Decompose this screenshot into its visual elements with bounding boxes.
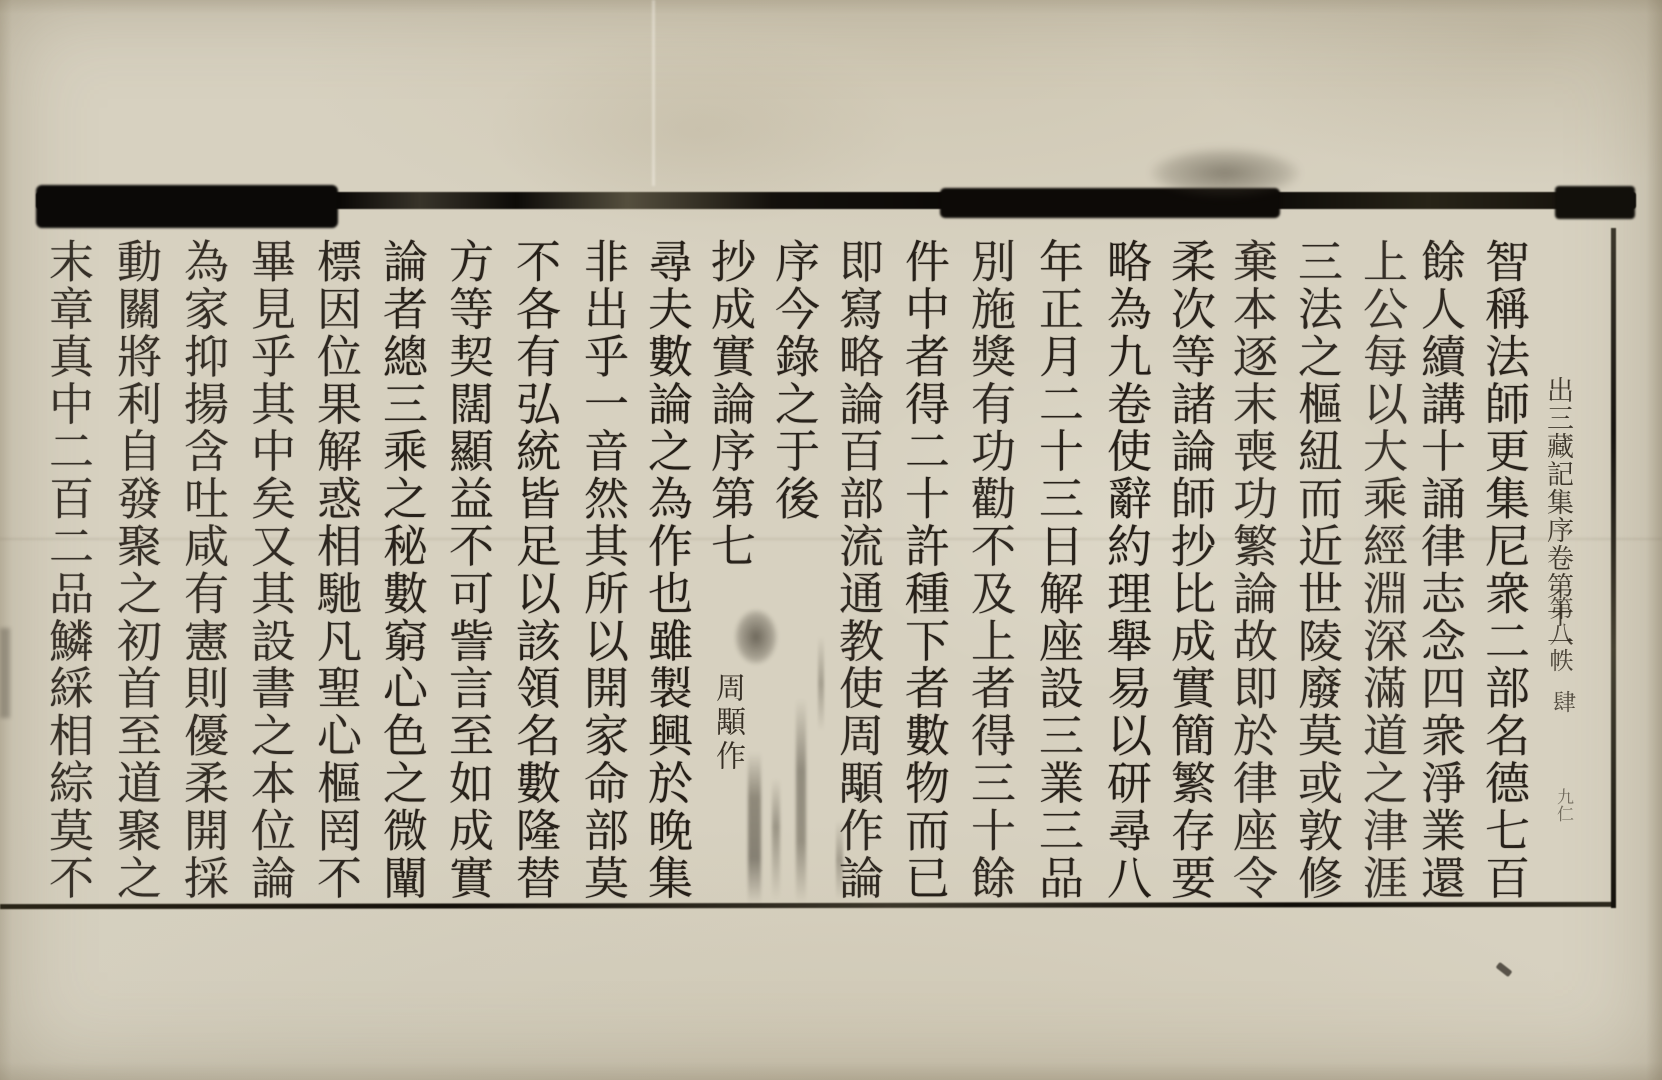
page-edge-mark — [0, 628, 10, 718]
margin-header-fascicle: 第八帙 — [1544, 596, 1574, 674]
manuscript-page: 出三藏記集序卷第十一 第八帙 肆 九仁 智稱法師更集尼衆二部名德七百 餘人續講十… — [0, 0, 1662, 1080]
text-column-16: 不各有弘統皆足以該領名數隆替 — [506, 238, 562, 910]
text-column-9: 別施獎有功勸不及上者得三十餘 — [961, 238, 1017, 910]
text-column-12: 序今錄之于後 — [765, 238, 821, 548]
ink-smudge-streak — [748, 752, 761, 904]
text-column-15: 非出乎一音然其所以開家命部莫 — [574, 238, 630, 910]
text-column-7: 略為九卷使辭約理舉易以研尋八 — [1097, 238, 1153, 910]
text-column-1: 智稱法師更集尼衆二部名德七百 — [1475, 238, 1531, 910]
text-column-5: 棄本逐末喪功繁論故即於律座令 — [1223, 238, 1279, 910]
text-column-4: 三法之樞紐而近世陵廢莫或敦修 — [1288, 238, 1344, 910]
margin-header-sheet-number: 肆 — [1548, 690, 1576, 713]
top-border-band-left — [36, 185, 338, 228]
stray-ink-mark — [1496, 962, 1513, 977]
ink-smudge-streak — [818, 636, 824, 731]
text-column-8: 年正月二十三日解座設三業三品 — [1029, 238, 1085, 910]
text-column-19: 標因位果解惑相馳凡聖心樞罔不 — [307, 238, 363, 910]
margin-header-engraver-mark: 九仁 — [1552, 788, 1573, 822]
text-column-17: 方等契闊顯益不可訾言至如成實 — [439, 238, 495, 910]
text-column-18: 論者總三乘之秘數窮心色之微闡 — [373, 238, 429, 910]
ink-smudge-blob — [735, 610, 777, 664]
text-column-23: 末章真中二百二品鱗綵相綜莫不 — [39, 238, 95, 910]
right-border-line — [1611, 228, 1616, 908]
ink-smudge-streak — [772, 778, 780, 900]
top-border-band-right — [1555, 186, 1635, 219]
section-title-column: 抄成實論序第七 — [701, 238, 757, 598]
text-column-2: 餘人續講十誦律志念四衆淨業還 — [1411, 238, 1467, 910]
text-column-21: 為家抑揚含吐咸有憲則優柔開採 — [174, 238, 230, 910]
text-column-6: 柔次等諸論師抄比成實簡繁存要 — [1161, 238, 1217, 910]
text-column-3: 上公每以大乘經淵深滿道之津涯 — [1353, 238, 1409, 910]
text-column-20: 畢見乎其中矣又其設書之本位論 — [241, 238, 297, 910]
text-column-10: 件中者得二十許種下者數物而已 — [895, 238, 951, 910]
text-column-11: 即寫略論百部流通教使周顒作論 — [829, 238, 885, 910]
author-attribution: 周顒作 — [707, 672, 747, 774]
ink-smudge-streak — [796, 698, 806, 903]
top-border-smudge — [1150, 148, 1300, 198]
text-column-14: 尋夫數論之為作也雖製興於晚集 — [638, 238, 694, 910]
text-column-22: 動關將利自發聚之初首至道聚之 — [107, 238, 163, 910]
paper-crease-vertical — [652, 0, 655, 186]
